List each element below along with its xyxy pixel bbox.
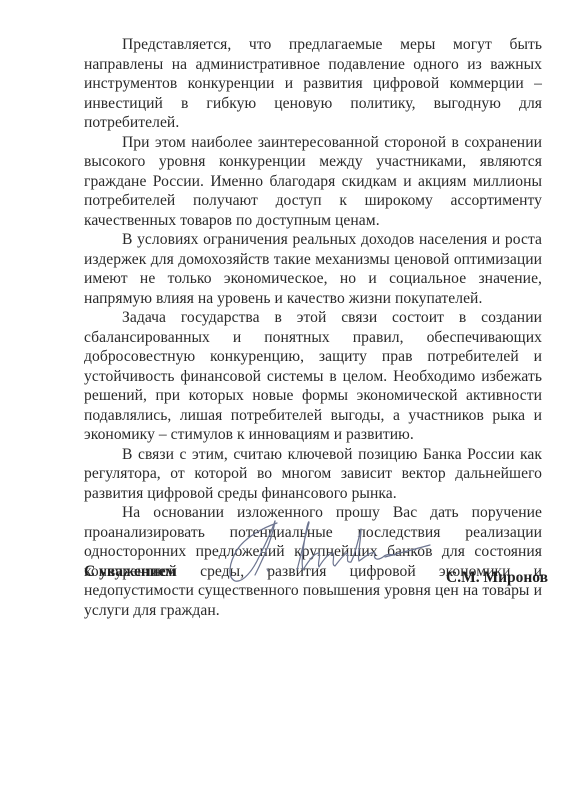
paragraph-4: Задача государства в этой связи состоит …: [84, 308, 542, 445]
handwritten-signature: [215, 515, 435, 590]
paragraph-3: В условиях ограничения реальных доходов …: [84, 230, 542, 308]
paragraph-1: Представляется, что предлагаемые меры мо…: [84, 35, 542, 133]
signer-name: С.М. Миронов: [446, 569, 548, 587]
closing-salutation: С уважением: [84, 563, 176, 581]
paragraph-5: В связи с этим, считаю ключевой позицию …: [84, 445, 542, 504]
paragraph-2: При этом наиболее заинтересованной сторо…: [84, 133, 542, 231]
